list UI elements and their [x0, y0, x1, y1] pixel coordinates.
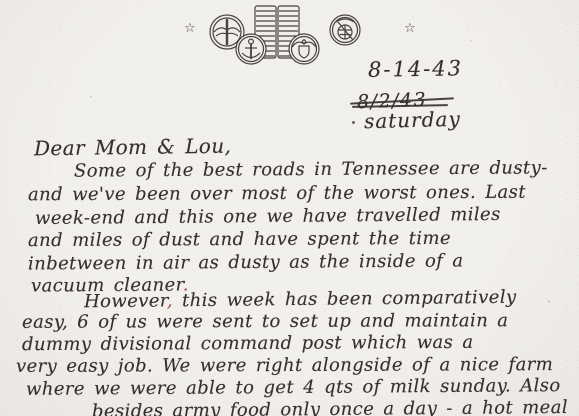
letter-day: saturday [364, 107, 461, 134]
paper-speck [548, 300, 550, 303]
line-text: where we were able to get 4 qts of milk … [26, 375, 561, 400]
letter-line-clipped: besides army food only once a day - a ho… [92, 397, 568, 416]
letter-line: and we've been over most of the worst on… [28, 182, 526, 206]
army-insignia-icon [289, 34, 319, 64]
navy-insignia-icon [236, 34, 266, 64]
line-text: very easy job. We were right alongside o… [16, 354, 553, 377]
line-text: However [84, 290, 167, 312]
letter-line: and miles of dust and have spent the tim… [28, 228, 451, 251]
line-text: and we've been over most of the worst on… [28, 182, 526, 206]
letter-line: Some of the best roads in Tennessee are … [74, 157, 548, 181]
letter-line: where we were able to get 4 qts of milk … [26, 375, 561, 400]
paper-speck [470, 40, 472, 42]
paper-speck [516, 166, 519, 169]
letter-line: week-end and this one we have travelled … [35, 204, 501, 229]
line-text: Dear Mom & Lou, [34, 134, 232, 161]
letter-scan: ☆ ☆ [0, 0, 579, 416]
line-text: Some of the best roads in Tennessee are … [74, 157, 548, 181]
letter-line: very easy job. We were right alongside o… [16, 354, 553, 377]
letter-line: However, this week has been comparativel… [84, 287, 517, 313]
line-text: besides army food only once a day - a ho… [92, 397, 568, 416]
letter-line: inbetween in air as dusty as the inside … [28, 250, 464, 274]
letter-line: easy, 6 of us were sent to set up and ma… [22, 310, 509, 333]
line-text: this week has been comparatively [173, 287, 517, 312]
ink-dot [352, 121, 355, 124]
line-text: dummy divisional command post which was … [22, 332, 474, 355]
salutation: Dear Mom & Lou, [34, 134, 232, 161]
line-text: easy, 6 of us were sent to set up and ma… [22, 310, 509, 333]
letter-line: dummy divisional command post which was … [22, 332, 474, 355]
paper-speck [90, 96, 92, 98]
letter-date: 8-14-43 [368, 56, 463, 82]
line-text: and miles of dust and have spent the tim… [28, 228, 451, 251]
marine-corps-insignia-icon [330, 15, 360, 45]
line-text: week-end and this one we have travelled … [35, 204, 501, 229]
line-text: inbetween in air as dusty as the inside … [28, 250, 464, 274]
